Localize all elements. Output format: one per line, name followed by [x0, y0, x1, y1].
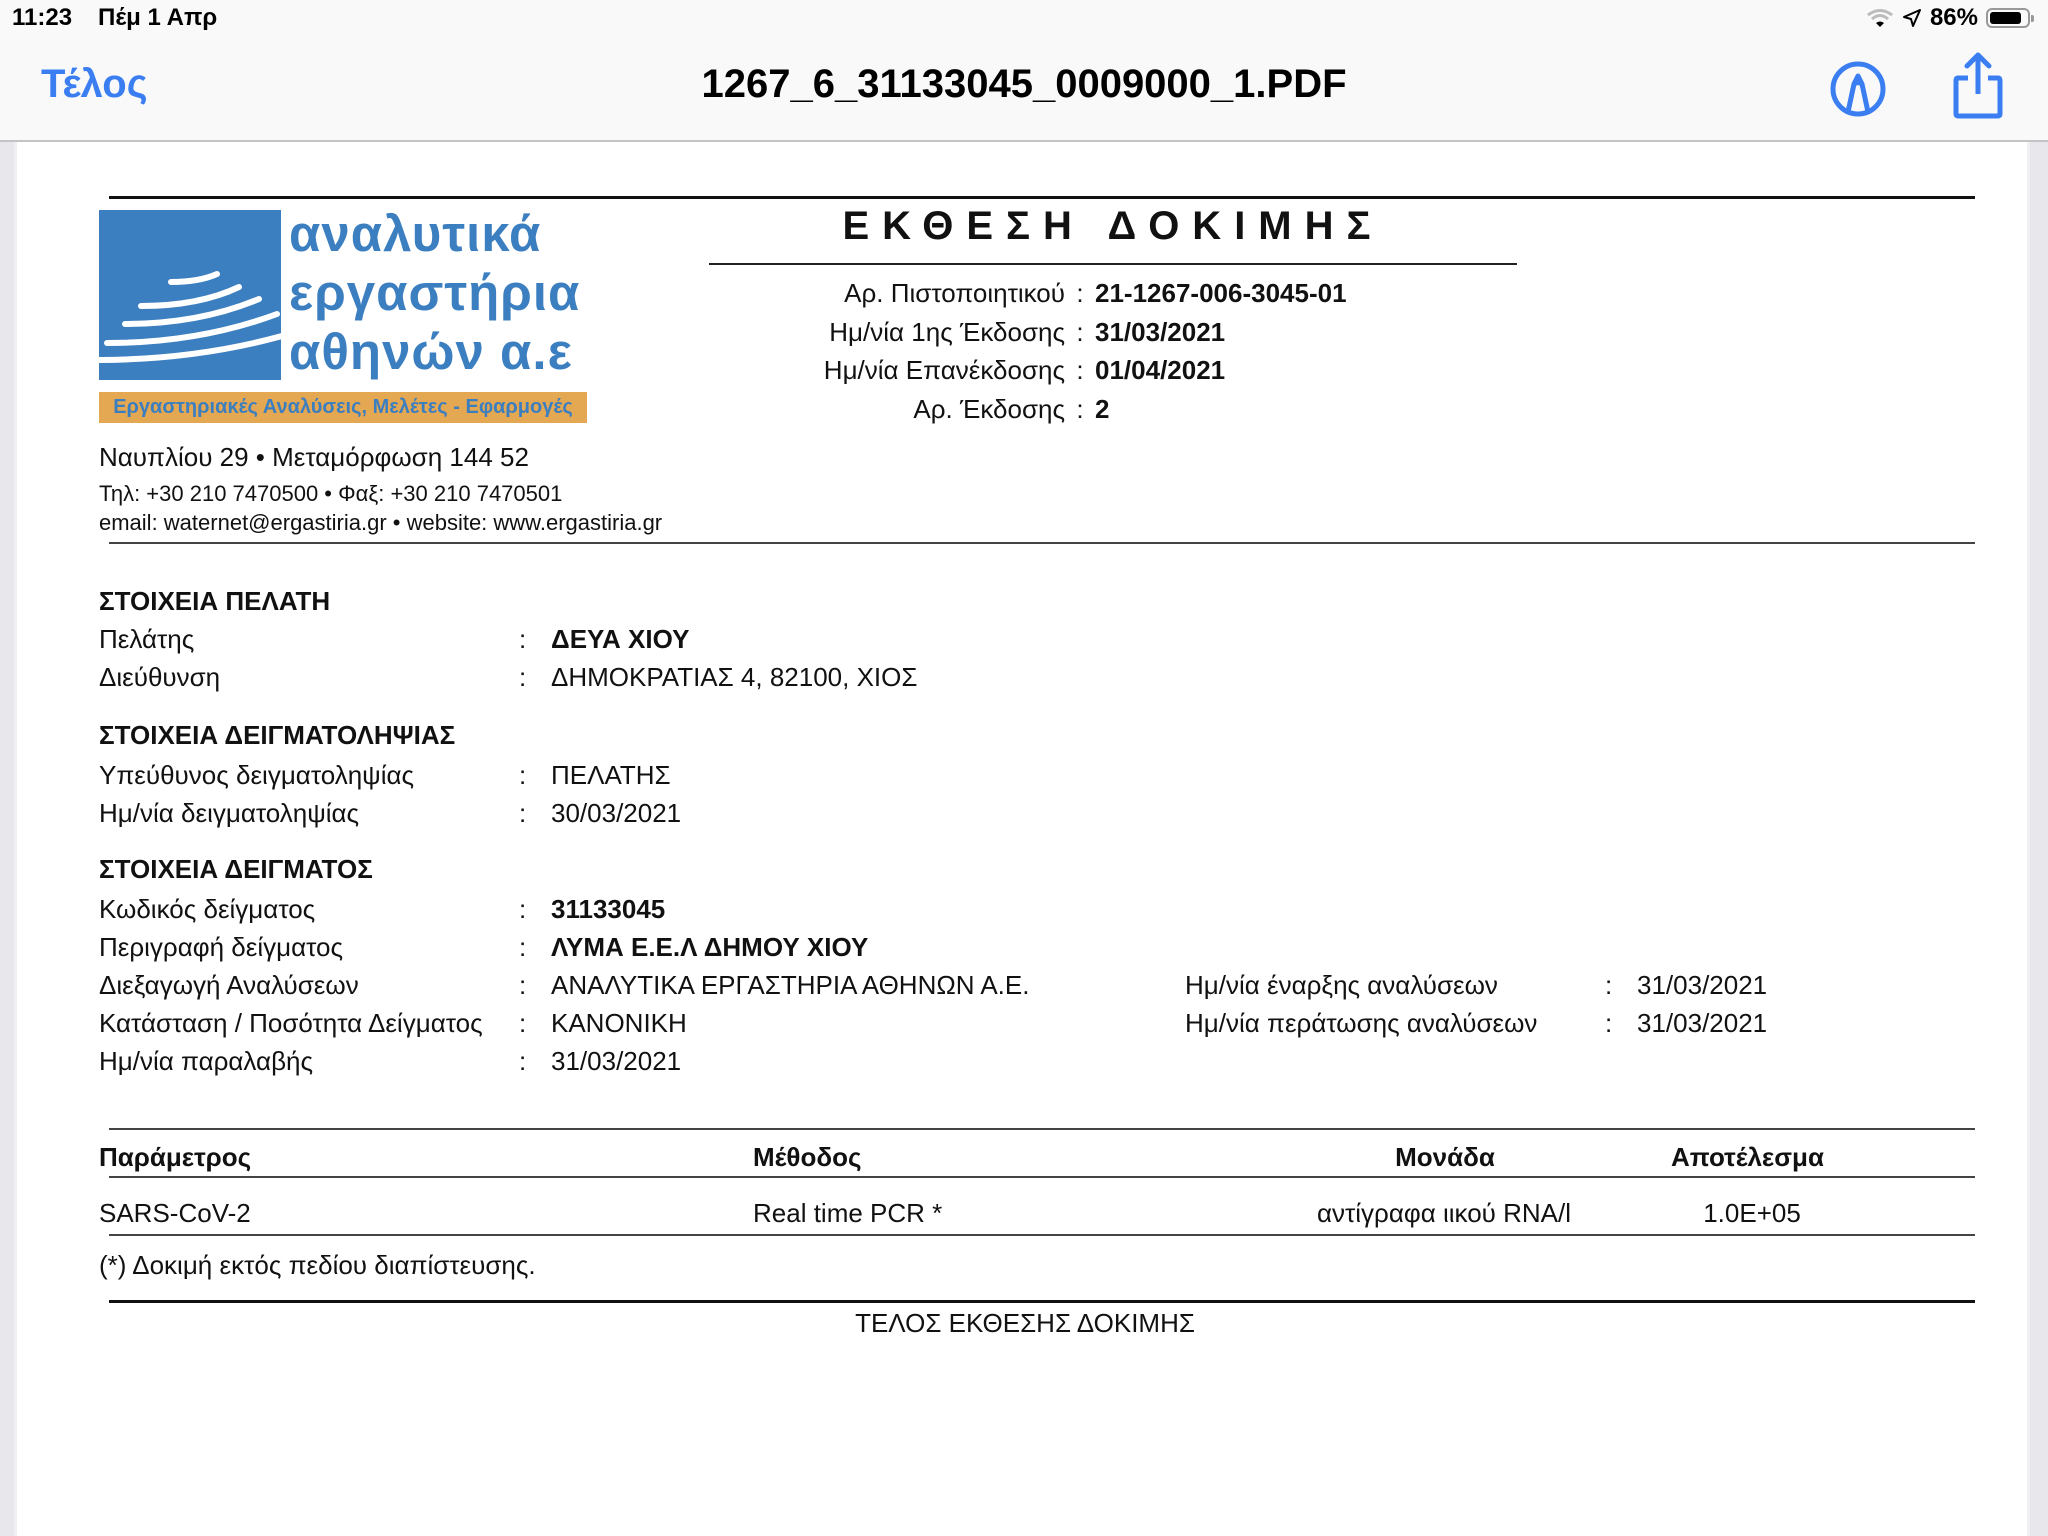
sampling-date-field: Ημ/νία δειγματοληψίας:30/03/2021	[99, 798, 681, 829]
analysis-start-date-field: Ημ/νία έναρξης αναλύσεων:31/03/2021	[1185, 970, 1767, 1001]
cell-parameter: SARS-CoV-2	[99, 1198, 251, 1229]
status-indicators: 86%	[1866, 4, 2030, 32]
sampling-section-heading: ΣΤΟΙΧΕΙΑ ΔΕΙΓΜΑΤΟΛΗΨΙΑΣ	[99, 720, 455, 751]
header-rule	[109, 542, 1975, 544]
location-arrow-icon	[1902, 8, 1922, 28]
column-header-method: Μέθοδος	[753, 1142, 862, 1173]
sample-section-heading: ΣΤΟΙΧΕΙΑ ΔΕΙΓΜΑΤΟΣ	[99, 854, 373, 885]
lab-logo-icon	[99, 210, 281, 380]
cert-number-row: Αρ. Πιστοποιητικού:21-1267-006-3045-01	[617, 278, 1397, 316]
lab-address: Ναυπλίου 29 • Μεταμόρφωση 144 52	[99, 442, 529, 473]
column-header-parameter: Παράμετρος	[99, 1142, 251, 1173]
report-title: ΕΚΘΕΣΗ ΔΟΚΙΜΗΣ	[709, 204, 1517, 249]
top-bar: 11:23 Πέμ 1 Απρ 86% Τέλος 1267_6_3113304…	[0, 0, 2048, 142]
sampler-field: Υπεύθυνος δειγματοληψίας:ΠΕΛΑΤΗΣ	[99, 760, 671, 791]
first-issue-date-row: Ημ/νία 1ης Έκδοσης:31/03/2021	[617, 317, 1397, 355]
title-underline	[709, 263, 1517, 265]
reissue-date-row: Ημ/νία Επανέκδοσης:01/04/2021	[617, 355, 1397, 393]
client-name-field: Πελάτης:ΔΕΥΑ ΧΙΟΥ	[99, 624, 689, 655]
cell-unit: αντίγραφα ιικού RNA/l	[1299, 1198, 1589, 1229]
share-button[interactable]	[1952, 52, 2004, 118]
pdf-page[interactable]: αναλυτικά εργαστήρια αθηνών α.ε Εργαστηρ…	[14, 142, 2030, 1536]
issue-number-row: Αρ. Έκδοσης:2	[617, 394, 1397, 432]
sample-condition-field: Κατάσταση / Ποσότητα Δείγματος:ΚΑΝΟΝΙΚΗ	[99, 1008, 687, 1039]
end-of-report-text: ΤΕΛΟΣ ΕΚΘΕΣΗΣ ΔΟΚΙΜΗΣ	[17, 1308, 2033, 1339]
client-section-heading: ΣΤΟΙΧΕΙΑ ΠΕΛΑΤΗ	[99, 586, 330, 617]
analysis-lab-field: Διεξαγωγή Αναλύσεων:ΑΝΑΛΥΤΙΚΑ ΕΡΓΑΣΤΗΡΙΑ…	[99, 970, 1029, 1001]
markup-pen-icon	[1829, 60, 1887, 118]
lab-phone-fax: Τηλ: +30 210 7470500 • Φαξ: +30 210 7470…	[99, 481, 562, 507]
share-icon	[1952, 52, 2004, 120]
cell-method: Real time PCR *	[753, 1198, 942, 1229]
cell-result: 1.0E+05	[1671, 1198, 1833, 1229]
lab-logo-wordmark: αναλυτικά εργαστήρια αθηνών α.ε	[289, 204, 580, 381]
markup-button[interactable]	[1829, 60, 1887, 118]
document-title: 1267_6_31133045_0009000_1.PDF	[701, 62, 1346, 106]
accreditation-footnote: (*) Δοκιμή εκτός πεδίου διαπίστευσης.	[99, 1250, 536, 1281]
battery-icon	[1986, 8, 2030, 28]
column-header-unit: Μονάδα	[1379, 1142, 1511, 1173]
done-button[interactable]: Τέλος	[41, 62, 148, 107]
sample-description-field: Περιγραφή δείγματος:ΛΥΜΑ Ε.Ε.Λ ΔΗΜΟΥ ΧΙΟ…	[99, 932, 868, 963]
end-rule	[109, 1300, 1975, 1303]
column-header-result: Αποτέλεσμα	[1671, 1142, 1824, 1173]
sample-code-field: Κωδικός δείγματος:31133045	[99, 894, 665, 925]
status-time: 11:23	[12, 4, 72, 32]
wifi-icon	[1866, 8, 1894, 28]
battery-level	[1990, 12, 2021, 24]
status-date: Πέμ 1 Απρ	[98, 4, 217, 32]
battery-percent: 86%	[1930, 4, 1978, 32]
receipt-date-field: Ημ/νία παραλαβής:31/03/2021	[99, 1046, 681, 1077]
lab-tagline: Εργαστηριακές Αναλύσεις, Μελέτες - Εφαρμ…	[99, 392, 587, 423]
lab-email-web: email: waternet@ergastiria.gr • website:…	[99, 510, 662, 536]
client-address-field: Διεύθυνση:ΔΗΜΟΚΡΑΤΙΑΣ 4, 82100, ΧΙΟΣ	[99, 662, 917, 693]
top-rule	[109, 196, 1975, 199]
analysis-end-date-field: Ημ/νία περάτωσης αναλύσεων:31/03/2021	[1185, 1008, 1767, 1039]
